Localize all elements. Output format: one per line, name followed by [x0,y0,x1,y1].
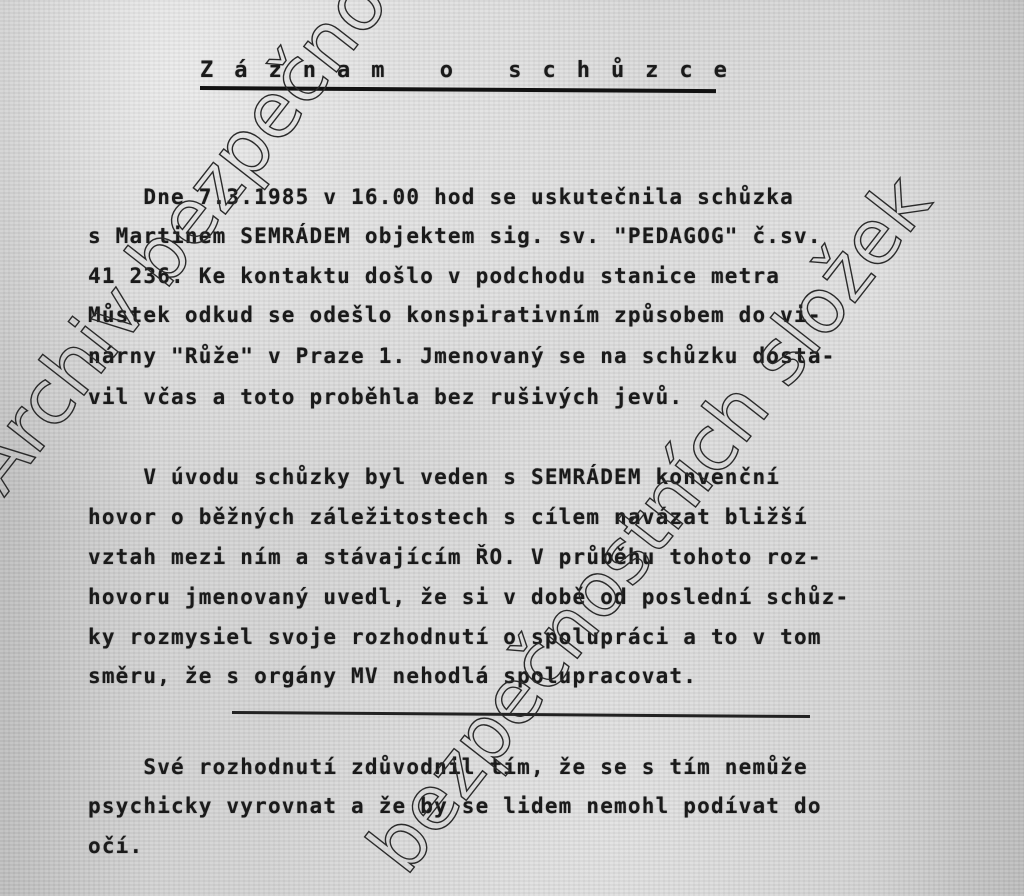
paragraph-1-line-1: Dne 7.3.1985 v 16.00 hod se uskutečnila … [88,185,794,209]
paragraph-1-line-5: nárny "Růže" v Praze 1. Jmenovaný se na … [88,344,836,368]
paragraph-2-line-2: hovor o běžných záležitostech s cílem na… [88,505,808,529]
paragraph-1-line-6: vil včas a toto proběhla bez rušivých je… [88,385,683,409]
paragraph-2-line-4: hovoru jmenovaný uvedl, že si v době od … [88,585,849,609]
paragraph-2-line-1: V úvodu schůzky byl veden s SEMRÁDEM kon… [88,465,780,489]
paragraph-1-line-3: 41 236. Ke kontaktu došlo v podchodu sta… [88,264,780,288]
paragraph-1-line-2: s Martinem SEMRÁDEM objektem sig. sv. "P… [88,224,822,248]
title-underline [200,86,716,93]
paragraph-3-line-2: psychicky vyrovnat a že by se lidem nemo… [88,794,822,818]
document-title: Záznam o schůzce [200,58,748,83]
paragraph-3-line-3: očí. [88,834,143,858]
handwritten-underline [232,711,810,718]
paragraph-2-line-5: ky rozmysiel svoje rozhodnutí o spoluprá… [88,625,822,649]
scanned-document-page: Záznam o schůzce Dne 7.3.1985 v 16.00 ho… [0,0,1024,896]
paragraph-2-line-3: vztah mezi ním a stávajícím ŘO. V průběh… [88,545,822,569]
paragraph-2-line-6: směru, že s orgány MV nehodlá spolupraco… [88,664,697,688]
paragraph-3-line-1: Své rozhodnutí zdůvodnil tím, že se s tí… [88,755,808,779]
paragraph-1-line-4: Můstek odkud se odešlo konspirativním zp… [88,303,822,327]
